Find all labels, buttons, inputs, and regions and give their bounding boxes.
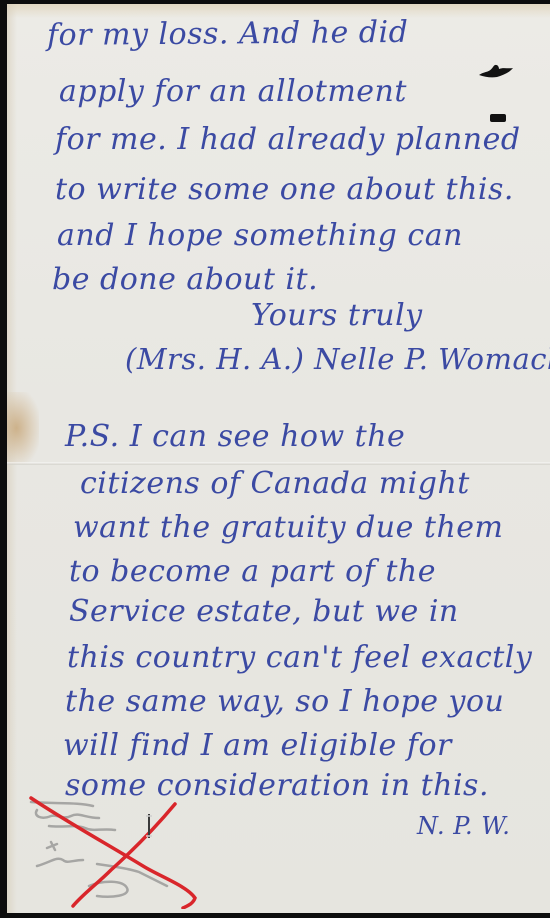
signature: (Mrs. H. A.) Nelle P. Womack <box>125 342 550 376</box>
body-line-3: for me. I had already planned <box>55 122 521 157</box>
ps-line-3: want the gratuity due them <box>73 510 503 545</box>
age-stain <box>7 392 39 464</box>
closing: Yours truly <box>251 298 423 333</box>
ps-line-4: to become a part of the <box>69 554 436 589</box>
body-line-2: apply for an allotment <box>59 74 407 109</box>
body-line-5: and I hope something can <box>57 218 463 253</box>
ink-blot-small <box>490 114 506 122</box>
ps-line-7: the same way, so I hope you <box>65 684 504 719</box>
fold-line <box>7 462 550 465</box>
ps-line-2: citizens of Canada might <box>80 466 470 501</box>
body-line-1: for my loss. And he did <box>47 15 409 53</box>
letter-page: for my loss. And he did apply for an all… <box>7 4 550 913</box>
ps-line-8: will find I am eligible for <box>63 728 452 763</box>
body-line-4: to write some one about this. <box>55 172 514 207</box>
ps-initials: N. P. W. <box>417 812 510 840</box>
ps-line-5: Service estate, but we in <box>69 594 459 629</box>
ink-blot-icon <box>477 61 515 81</box>
staple-mark-icon <box>145 812 153 840</box>
ps-line-1: P.S. I can see how the <box>65 419 405 454</box>
pencil-annotation-icon <box>27 794 207 909</box>
ps-line-6: this country can't feel exactly <box>67 640 532 675</box>
body-line-6: be done about it. <box>52 262 318 297</box>
